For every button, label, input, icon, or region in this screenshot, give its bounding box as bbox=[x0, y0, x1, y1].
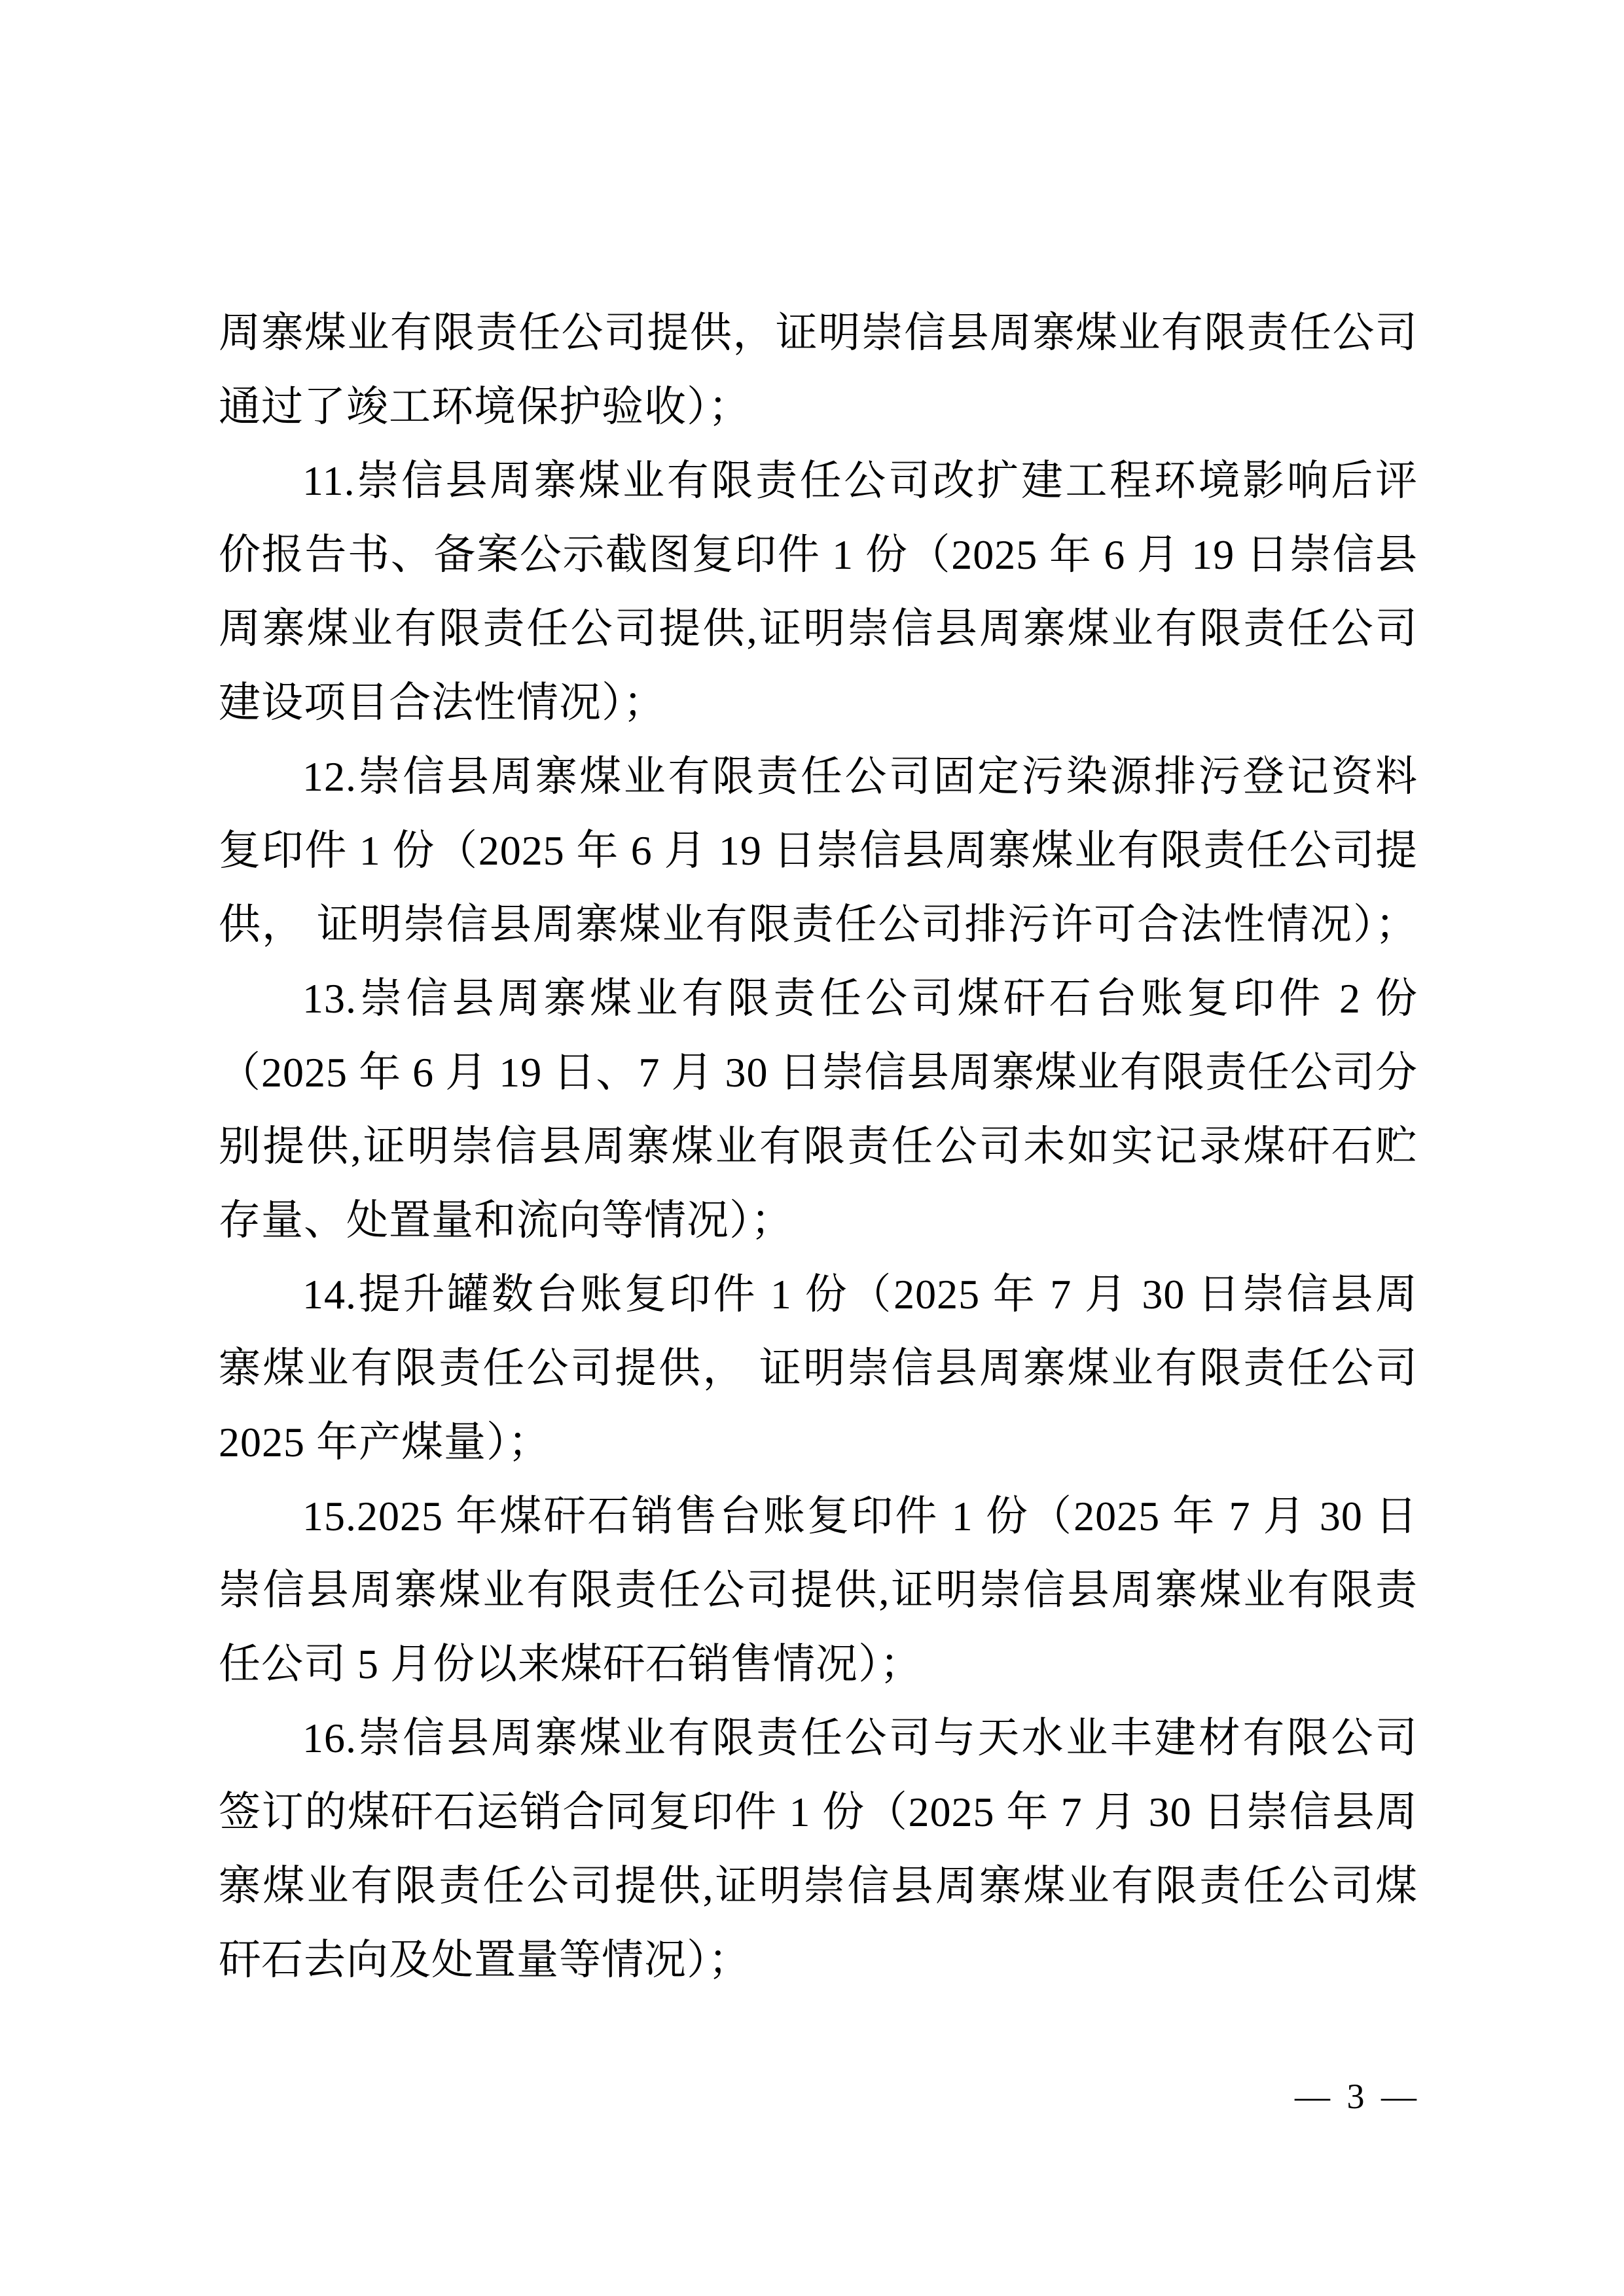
page-number: — 3 — bbox=[1295, 2077, 1420, 2116]
text-line: 复印件 1 份（2025 年 6 月 19 日崇信县周寨煤业有限责任公司提 bbox=[219, 814, 1418, 888]
text-line: 价报告书、备案公示截图复印件 1 份（2025 年 6 月 19 日崇信县 bbox=[219, 518, 1418, 592]
text-line: 寨煤业有限责任公司提供， 证明崇信县周寨煤业有限责任公司 bbox=[219, 1331, 1418, 1405]
text-line: 12.崇信县周寨煤业有限责任公司固定污染源排污登记资料 bbox=[219, 740, 1418, 814]
document-text-block: 周寨煤业有限责任公司提供，证明崇信县周寨煤业有限责任公司通过了竣工环境保护验收）… bbox=[219, 296, 1418, 1997]
text-line: 寨煤业有限责任公司提供,证明崇信县周寨煤业有限责任公司煤 bbox=[219, 1849, 1418, 1923]
text-line: 建设项目合法性情况）； bbox=[219, 666, 1418, 740]
text-line: 15.2025 年煤矸石销售台账复印件 1 份（2025 年 7 月 30 日 bbox=[219, 1479, 1418, 1553]
text-line: 14.提升罐数台账复印件 1 份（2025 年 7 月 30 日崇信县周 bbox=[219, 1257, 1418, 1331]
text-line: （2025 年 6 月 19 日、7 月 30 日崇信县周寨煤业有限责任公司分 bbox=[219, 1035, 1418, 1109]
text-line: 别提供,证明崇信县周寨煤业有限责任公司未如实记录煤矸石贮 bbox=[219, 1109, 1418, 1183]
text-line: 周寨煤业有限责任公司提供，证明崇信县周寨煤业有限责任公司 bbox=[219, 296, 1418, 370]
text-line: 16.崇信县周寨煤业有限责任公司与天水业丰建材有限公司 bbox=[219, 1701, 1418, 1775]
text-line: 供， 证明崇信县周寨煤业有限责任公司排污许可合法性情况）； bbox=[219, 888, 1418, 961]
text-line: 签订的煤矸石运销合同复印件 1 份（2025 年 7 月 30 日崇信县周 bbox=[219, 1775, 1418, 1849]
text-line: 13.崇信县周寨煤业有限责任公司煤矸石台账复印件 2 份 bbox=[219, 961, 1418, 1035]
text-line: 2025 年产煤量）； bbox=[219, 1405, 1418, 1479]
text-line: 周寨煤业有限责任公司提供,证明崇信县周寨煤业有限责任公司 bbox=[219, 592, 1418, 666]
document-page: 周寨煤业有限责任公司提供，证明崇信县周寨煤业有限责任公司通过了竣工环境保护验收）… bbox=[0, 0, 1624, 2296]
text-line: 11.崇信县周寨煤业有限责任公司改扩建工程环境影响后评 bbox=[219, 444, 1418, 518]
text-line: 任公司 5 月份以来煤矸石销售情况）； bbox=[219, 1627, 1418, 1701]
text-line: 通过了竣工环境保护验收）； bbox=[219, 370, 1418, 444]
text-line: 存量、处置量和流向等情况）； bbox=[219, 1183, 1418, 1257]
text-line: 矸石去向及处置量等情况）； bbox=[219, 1923, 1418, 1997]
page-footer: — 3 — bbox=[1295, 2073, 1420, 2119]
text-line: 崇信县周寨煤业有限责任公司提供,证明崇信县周寨煤业有限责 bbox=[219, 1553, 1418, 1627]
